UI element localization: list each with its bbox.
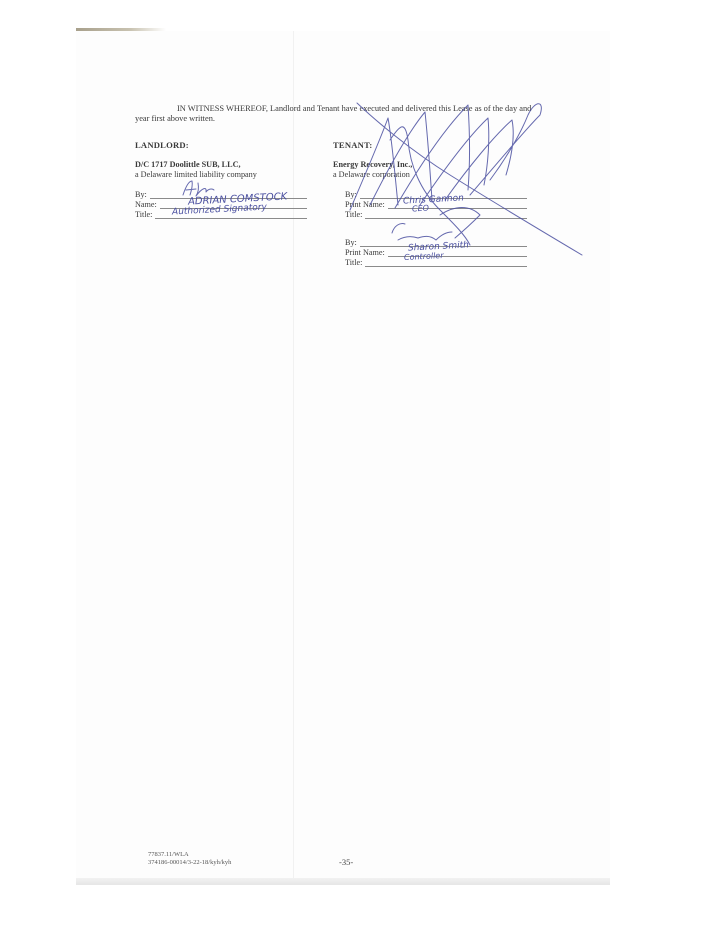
landlord-name-label: Name: [135,200,157,209]
landlord-entity-description: a Delaware limited liability company [135,170,257,180]
landlord-title-label: Title: [135,210,152,219]
tenant-2-title-label: Title: [345,258,362,267]
document-footer-ids: 77837.11/WLA 374186-00014/3-22-18/kyh/ky… [148,851,231,867]
tenant-entity-name: Energy Recovery, Inc., [333,160,412,170]
footer-id-2: 374186-00014/3-22-18/kyh/kyh [148,859,231,867]
tenant-entity-description: a Delaware corporation [333,170,412,180]
tenant-2-by-label: By: [345,238,357,247]
witness-clause: IN WITNESS WHEREOF, Landlord and Tenant … [135,104,555,124]
page-fold-line [293,31,294,885]
tenant-1-handwritten-title: CEO [412,204,429,214]
landlord-heading: LANDLORD: [135,140,189,150]
witness-clause-line-2: year first above written. [135,114,555,124]
witness-clause-line-1: IN WITNESS WHEREOF, Landlord and Tenant … [135,104,555,114]
tenant-1-title-field[interactable]: Title: [345,209,527,219]
footer-id-1: 77837.11/WLA [148,851,231,859]
tenant-1-title-line [365,210,527,219]
scan-bottom-edge [76,878,610,885]
tenant-1-by-label: By: [345,190,357,199]
landlord-entity-name: D/C 1717 Doolittle SUB, LLC, [135,160,257,170]
page-number: -35- [339,857,353,867]
tenant-heading: TENANT: [333,140,372,150]
tenant-1-print-name-label: Print Name: [345,200,385,209]
tenant-2-print-name-label: Print Name: [345,248,385,257]
landlord-entity: D/C 1717 Doolittle SUB, LLC, a Delaware … [135,160,257,179]
tenant-2-title-line [365,258,527,267]
landlord-by-label: By: [135,190,147,199]
tenant-1-title-label: Title: [345,210,362,219]
tenant-entity: Energy Recovery, Inc., a Delaware corpor… [333,160,412,179]
